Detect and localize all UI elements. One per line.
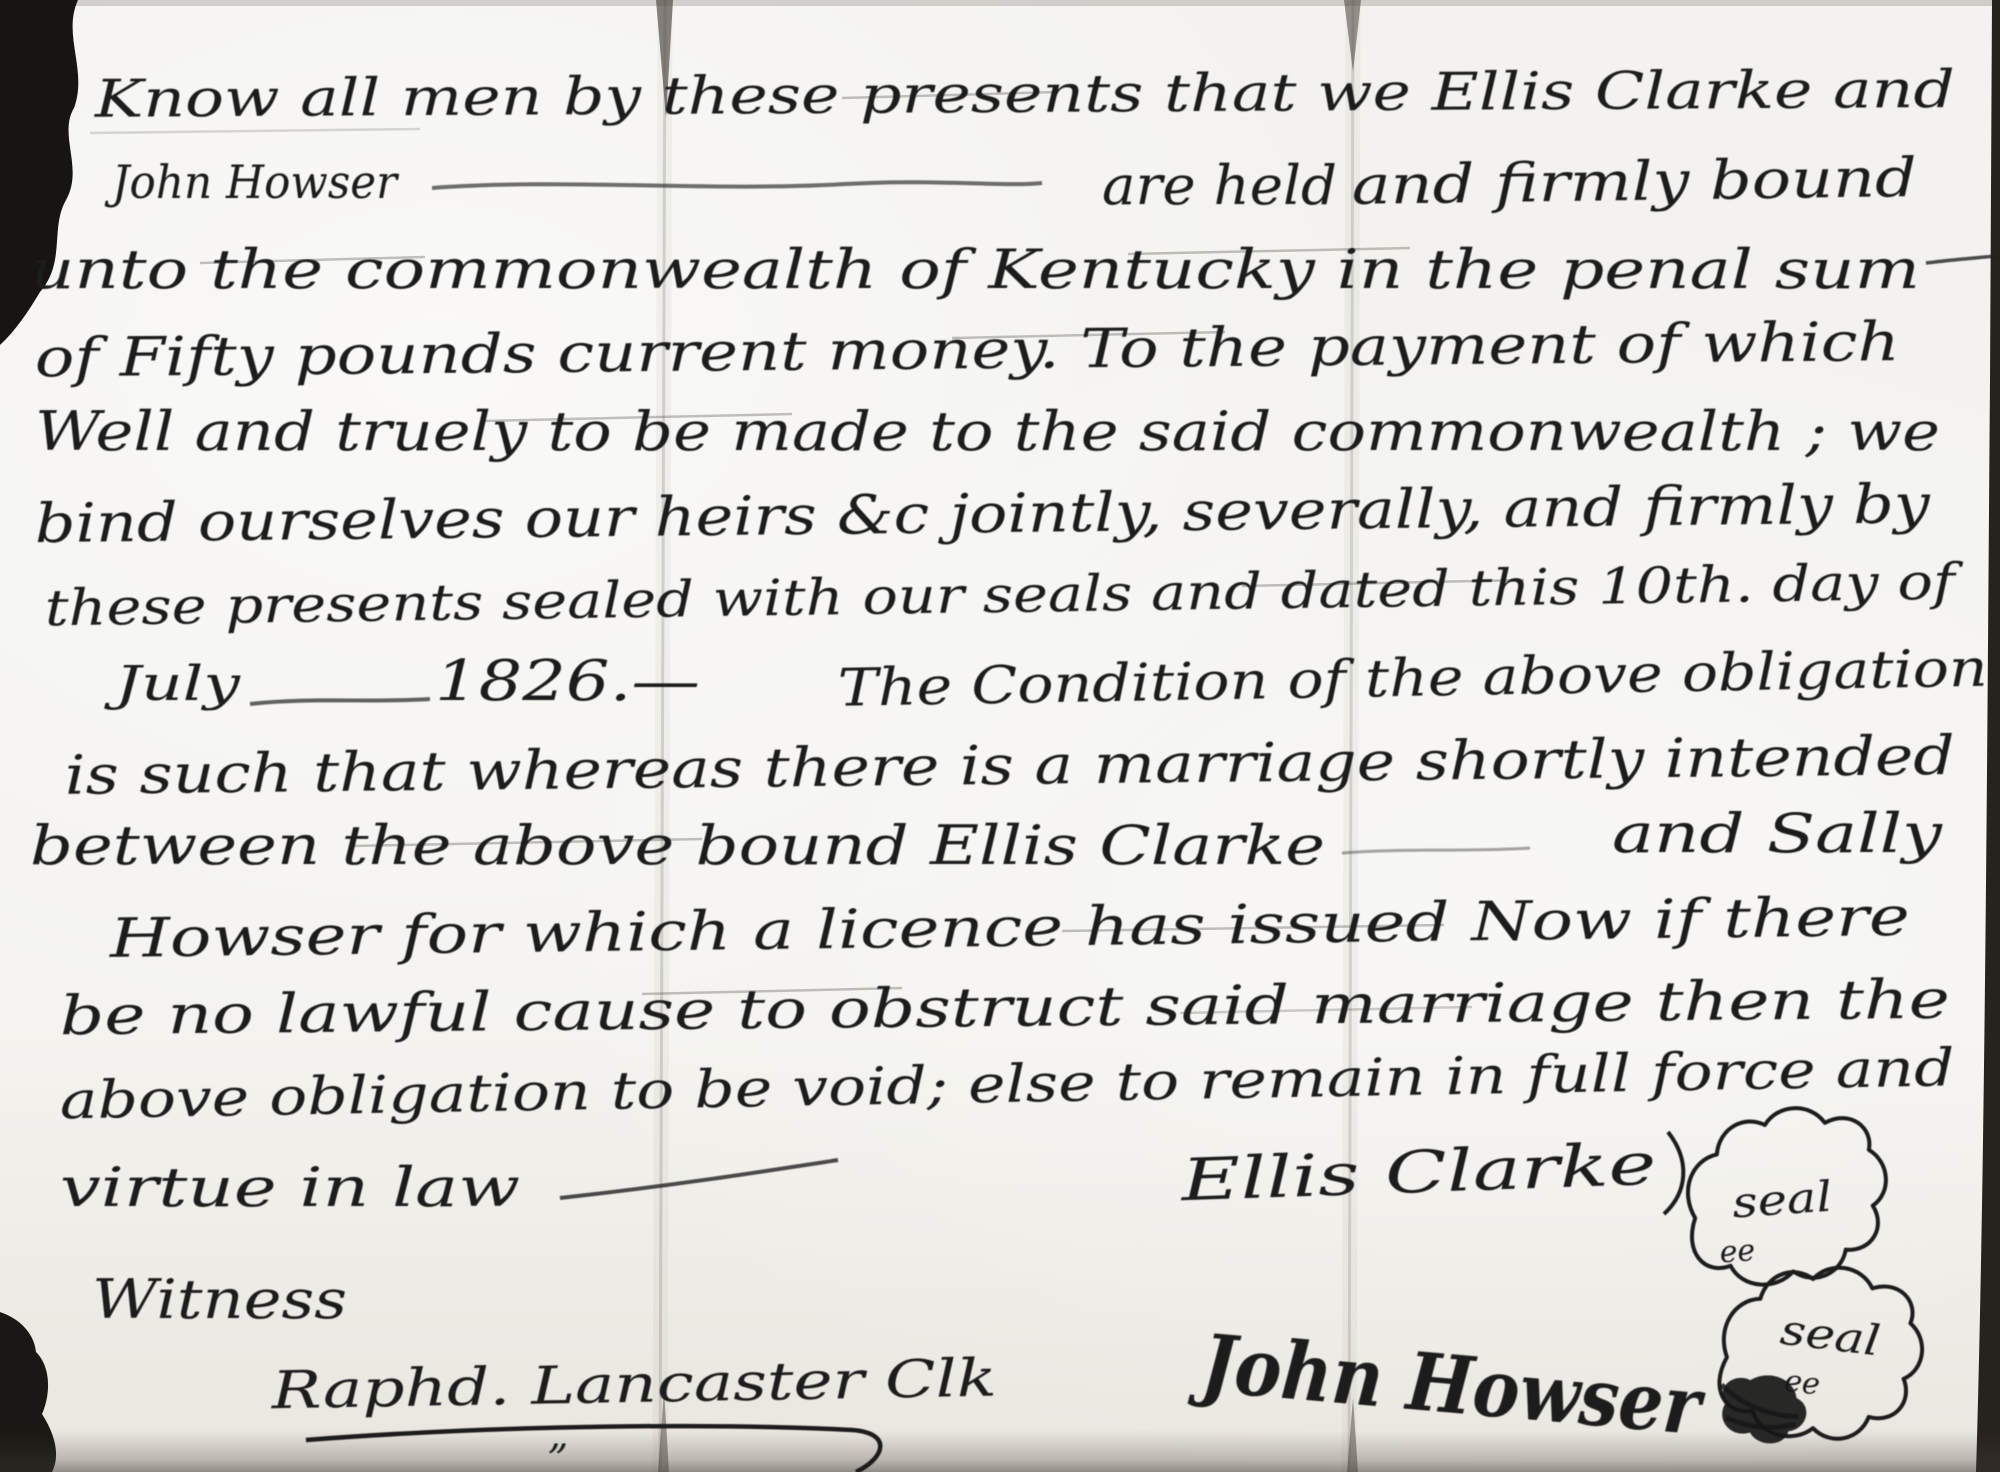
handwritten-line-2-names: John Howser <box>104 155 399 209</box>
pen-dash-line-10 <box>1342 848 1530 853</box>
fold-crease-left-band <box>660 0 665 1472</box>
scan-edge-right <box>1976 0 2000 1472</box>
ditto-mark: „ <box>548 1412 569 1458</box>
seal-john-howser: seal ee <box>1712 1255 1931 1461</box>
handwritten-line-2-held: are held <box>1102 154 1337 217</box>
handwritten-line-8-month: July <box>103 656 241 712</box>
signature-flourish-ellis <box>1664 1132 1683 1214</box>
handwritten-line-1: Know all men by these presents that we E… <box>94 60 1956 130</box>
handwritten-line-4: of Fifty pounds current money. To the pa… <box>35 310 1900 389</box>
seal-ellis-clarke: seal ee <box>1683 1102 1893 1289</box>
handwritten-line-2-bound: and firmly bound <box>1351 146 1917 217</box>
clerk-signature: Raphd. Lancaster Clk <box>270 1349 997 1422</box>
handwritten-line-10-bride: and Sally <box>1612 802 1944 865</box>
ghost-line <box>90 129 420 133</box>
handwritten-line-12: be no lawful cause to obstruct said marr… <box>60 968 1950 1047</box>
handwritten-line-13: above obligation to be void; else to rem… <box>59 1038 1955 1131</box>
handwritten-line-6: bind ourselves our heirs &c jointly, sev… <box>35 472 1932 555</box>
handwritten-line-9: is such that whereas there is a marriage… <box>65 724 1956 807</box>
handwritten-line-14: virtue in law <box>60 1156 520 1219</box>
handwritten-line-5: Well and truely to be made to the said c… <box>35 400 1940 463</box>
pen-dash-line-14 <box>560 1160 838 1198</box>
witness-label: Witness <box>92 1268 347 1331</box>
handwritten-line-11: Howser for which a licence has issued No… <box>108 885 1910 970</box>
pen-dash-line-3 <box>1926 256 1996 263</box>
handwritten-line-8-condition: The Condition of the above obligation <box>837 639 1988 719</box>
handwritten-line-7: these presents sealed with our seals and… <box>44 553 1963 638</box>
pen-dash-line-8 <box>250 699 430 704</box>
seal-label-john: seal <box>1778 1305 1883 1366</box>
handwritten-line-3: unto the commonwealth of Kentucky in the… <box>30 238 1920 301</box>
scan-edge-top <box>0 0 2000 6</box>
manuscript-ink-layer: Know all men by these presents that we E… <box>0 0 2000 1472</box>
seal-scribble-ellis: ee <box>1718 1233 1756 1270</box>
scan-shadow-bottom <box>0 1430 2000 1472</box>
signature-ellis-clarke: Ellis Clarke <box>1179 1130 1657 1215</box>
pen-dash-line-2 <box>432 182 1042 188</box>
seal-label-ellis: seal <box>1731 1172 1834 1228</box>
handwritten-line-10-groom: between the above bound Ellis Clarke <box>30 814 1325 877</box>
handwritten-line-8-year: 1826.— <box>435 649 700 714</box>
scanned-document-page: Know all men by these presents that we E… <box>0 0 2000 1472</box>
